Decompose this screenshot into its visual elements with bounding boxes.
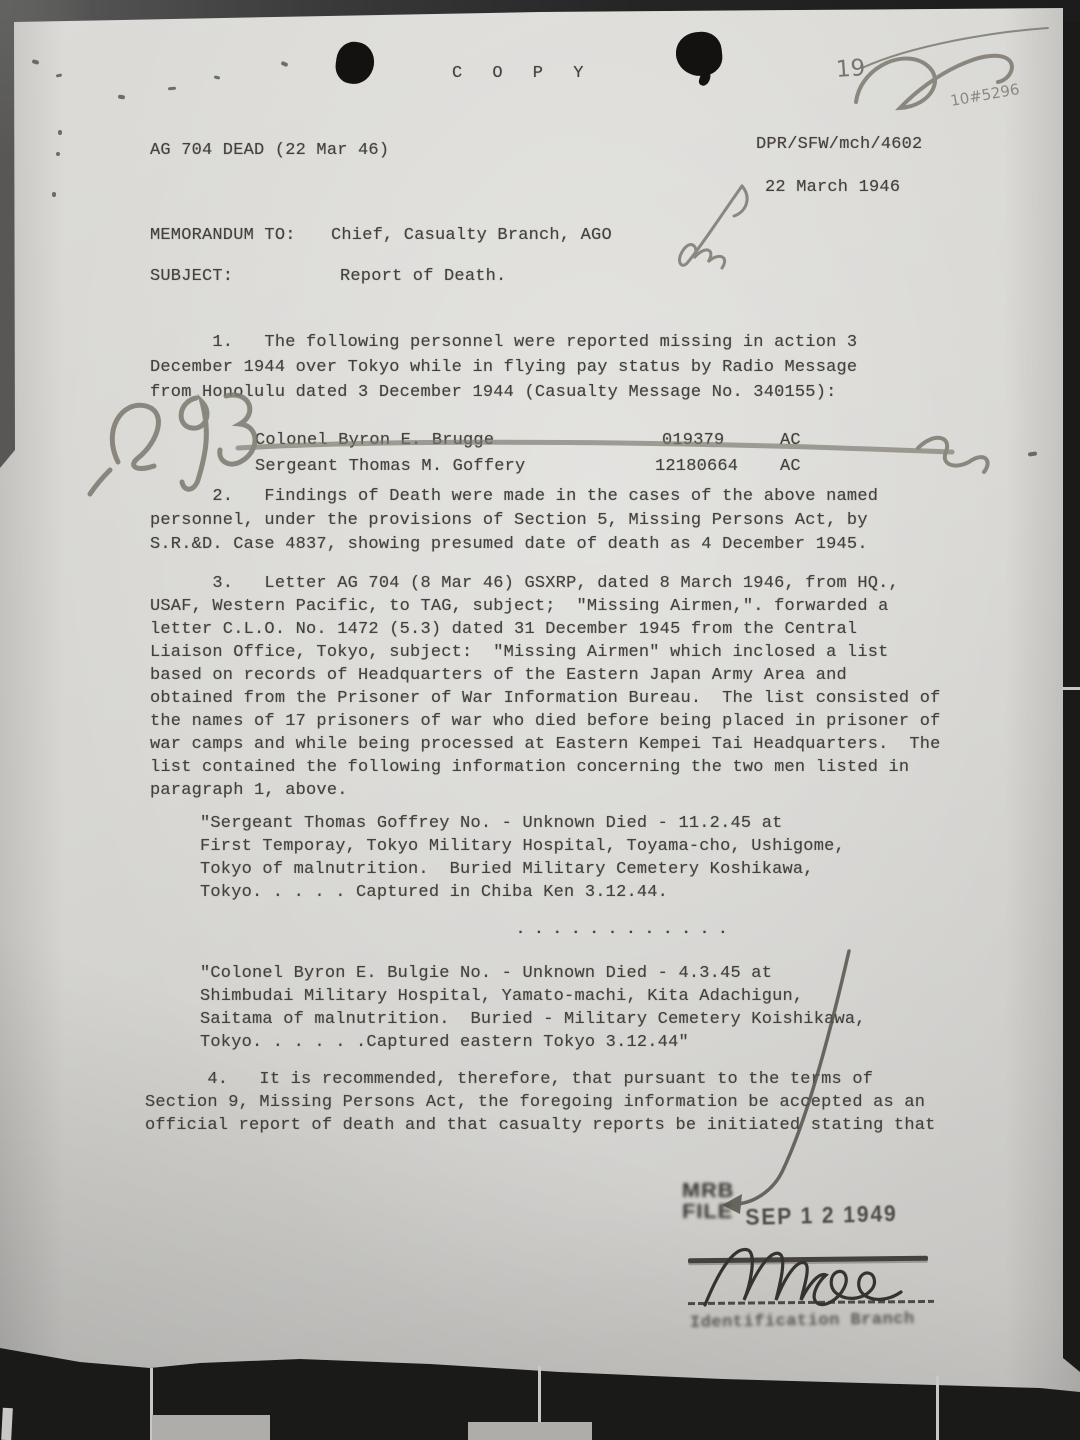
paper-speck: [52, 192, 56, 197]
identification-branch-stamp: Identification Branch: [690, 1310, 915, 1333]
background-sliver: [1, 1408, 13, 1440]
paragraph-3: 3. Letter AG 704 (8 Mar 46) GSXRP, dated…: [150, 572, 941, 802]
memorandum-to-value: Chief, Casualty Branch, AGO: [331, 224, 612, 248]
subject-label: SUBJECT:: [150, 265, 233, 289]
quote-goffrey: "Sergeant Thomas Goffrey No. - Unknown D…: [200, 812, 845, 904]
office-symbol: DPR/SFW/mch/4602: [756, 133, 922, 157]
copy-heading: C O P Y: [452, 62, 593, 86]
grid-line-horizontal: [1063, 687, 1080, 690]
subject-value: Report of Death.: [340, 265, 506, 289]
paragraph-2: 2. Findings of Death were made in the ca…: [150, 485, 878, 557]
personnel-serial: 12180664: [655, 455, 738, 479]
grid-line-vertical: [936, 1376, 939, 1440]
document-date: 22 March 1946: [765, 176, 900, 200]
paragraph-1: 1. The following personnel were reported…: [150, 330, 857, 405]
personnel-name: Sergeant Thomas M. Goffery: [255, 455, 525, 479]
background-card-box: [468, 1422, 592, 1440]
personnel-name: Colonel Byron E. Brugge: [255, 429, 494, 453]
paper-speck: [58, 130, 62, 135]
personnel-branch: AC: [780, 455, 801, 479]
received-date-stamp: SEP 1 2 1949: [745, 1200, 898, 1231]
personnel-branch: AC: [780, 429, 801, 453]
file-stamp-line2: FILE: [682, 1201, 733, 1224]
paper-speck: [118, 95, 125, 100]
quote-bulgie: "Colonel Byron E. Bulgie No. - Unknown D…: [200, 962, 866, 1054]
handwritten-page-number: 19: [835, 55, 866, 83]
dot-separator: . . . . . . . . . . . .: [516, 918, 728, 942]
background-card-box: [152, 1415, 270, 1440]
personnel-serial: 019379: [662, 429, 724, 453]
paragraph-4: 4. It is recommended, therefore, that pu…: [145, 1068, 936, 1137]
document-photo: C O P Y 19 10#5296 AG 704 DEAD (22 Mar 4…: [0, 0, 1080, 1440]
memorandum-to-label: MEMORANDUM TO:: [150, 224, 296, 248]
file-stamp-line1: MRB: [682, 1180, 734, 1203]
paper-speck: [56, 152, 60, 156]
file-reference: AG 704 DEAD (22 Mar 46): [150, 139, 389, 163]
